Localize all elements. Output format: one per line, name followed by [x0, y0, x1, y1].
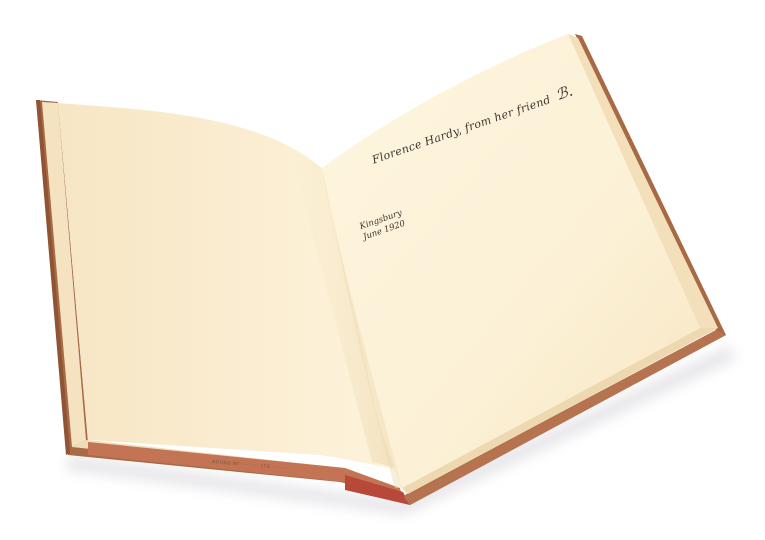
open-book-illustration — [0, 0, 765, 540]
book-photo: Florence Hardy, from her friend ℬ. Kings… — [0, 0, 765, 540]
